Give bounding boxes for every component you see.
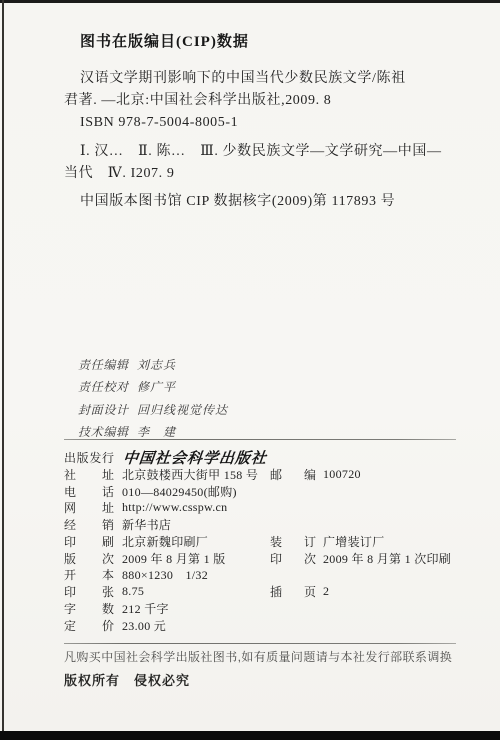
colophon-label: 网址: [64, 499, 114, 516]
colophon-row-edition: 版次 2009 年 8 月第 1 版 印次 2009 年 8 月第 1 次印刷: [64, 550, 468, 567]
colophon-label: 经销: [64, 516, 114, 533]
colophon-value: 212 千字: [122, 600, 169, 617]
staff-row: 封面设计 回归线视觉传达: [78, 398, 228, 421]
staff-name: 回归线视觉传达: [137, 401, 228, 418]
colophon-row-printer: 印刷 北京新魏印刷厂 装订 广增装订厂: [64, 533, 468, 550]
colophon-value: 23.00 元: [122, 617, 166, 634]
staff-role-label: 责任编辑: [78, 356, 128, 373]
cip-heading: 图书在版编目(CIP)数据: [80, 32, 468, 52]
colophon-row-wordcount: 字数 212 千字: [64, 600, 468, 617]
cip-title-line1: 汉语文学期刊影响下的中国当代少数民族文学/陈祖: [80, 68, 468, 90]
divider-rule-top: [64, 439, 456, 440]
colophon-label: 印张: [64, 583, 114, 600]
colophon-value: 880×1230 1/32: [122, 566, 208, 583]
scan-edge-left: [2, 0, 4, 740]
colophon-right-col: 插页 2: [270, 583, 329, 600]
cip-classification-line2: 当代 Ⅳ. I207. 9: [64, 163, 468, 185]
staff-name: 李 建: [137, 423, 176, 440]
colophon-label: 装订: [270, 533, 316, 550]
colophon-value: 8.75: [122, 584, 144, 599]
colophon-label: 定价: [64, 617, 114, 634]
notice-block: 凡购买中国社会科学出版社图书,如有质量问题请与本社发行部联系调换 版权所有 侵权…: [64, 649, 468, 690]
colophon-label: 出版发行: [64, 449, 114, 466]
colophon-row-website: 网址 http://www.csspw.cn: [64, 499, 468, 516]
staff-block: 责任编辑 刘志兵 责任校对 修广平 封面设计 回归线视觉传达 技术编辑 李 建: [78, 353, 228, 443]
colophon-row-format: 开本 880×1230 1/32: [64, 567, 468, 584]
colophon-label: 电话: [64, 483, 114, 500]
colophon-right-col: 印次 2009 年 8 月第 1 次印刷: [270, 550, 451, 567]
cip-title-line2: 君著. —北京:中国社会科学出版社,2009. 8: [64, 90, 468, 112]
colophon-label: 版次: [64, 550, 114, 567]
colophon-value: 100720: [323, 467, 361, 482]
colophon-right-col: 装订 广增装订厂: [270, 533, 385, 550]
colophon-label: 插页: [270, 583, 316, 600]
staff-name: 修广平: [137, 378, 176, 395]
colophon-value: 新华书店: [122, 516, 171, 533]
staff-name: 刘志兵: [137, 356, 176, 373]
scan-edge-bottom: [0, 731, 500, 740]
cip-record-number: 中国版本图书馆 CIP 数据核字(2009)第 117893 号: [80, 191, 468, 213]
cip-isbn: ISBN 978-7-5004-8005-1: [80, 112, 468, 134]
cip-block: 图书在版编目(CIP)数据 汉语文学期刊影响下的中国当代少数民族文学/陈祖 君著…: [64, 32, 468, 213]
colophon-block: 出版发行 中国社会科学出版社 社址 北京鼓楼西大街甲 158 号 邮编 1007…: [64, 449, 468, 634]
colophon-value: 2009 年 8 月第 1 次印刷: [323, 550, 451, 567]
staff-role-label: 责任校对: [78, 378, 128, 395]
colophon-value: 010—84029450(邮购): [122, 483, 237, 500]
colophon-row-distributor: 经销 新华书店: [64, 516, 468, 533]
colophon-right-col: 邮编 100720: [270, 466, 361, 483]
scan-edge-top: [0, 0, 500, 3]
copyright-notice: 版权所有 侵权必究: [64, 672, 468, 690]
staff-row: 责任校对 修广平: [78, 376, 228, 399]
colophon-label: 印刷: [64, 533, 114, 550]
colophon-value: 广增装订厂: [323, 533, 385, 550]
colophon-label: 社址: [64, 466, 114, 483]
book-copyright-page: 图书在版编目(CIP)数据 汉语文学期刊影响下的中国当代少数民族文学/陈祖 君著…: [0, 0, 500, 740]
staff-row: 责任编辑 刘志兵: [78, 353, 228, 376]
divider-rule-bottom: [64, 643, 456, 644]
colophon-label: 开本: [64, 566, 114, 583]
colophon-value: 北京新魏印刷厂: [122, 533, 208, 550]
colophon-value: 2: [323, 584, 329, 599]
cip-classification-line1: Ⅰ. 汉… Ⅱ. 陈… Ⅲ. 少数民族文学—文学研究—中国—: [80, 141, 468, 163]
staff-role-label: 封面设计: [78, 401, 128, 418]
website-url: http://www.csspw.cn: [122, 500, 227, 515]
quality-notice: 凡购买中国社会科学出版社图书,如有质量问题请与本社发行部联系调换: [64, 649, 468, 666]
colophon-row-price: 定价 23.00 元: [64, 617, 468, 634]
colophon-row-address: 社址 北京鼓楼西大街甲 158 号 邮编 100720: [64, 466, 468, 483]
colophon-row-publisher: 出版发行 中国社会科学出版社: [64, 449, 468, 466]
colophon-row-sheets: 印张 8.75 插页 2: [64, 583, 468, 600]
colophon-label: 字数: [64, 600, 114, 617]
colophon-label: 印次: [270, 550, 316, 567]
colophon-value: 北京鼓楼西大街甲 158 号: [122, 466, 258, 483]
colophon-label: 邮编: [270, 466, 316, 483]
colophon-row-phone: 电话 010—84029450(邮购): [64, 483, 468, 500]
colophon-value: 2009 年 8 月第 1 版: [122, 550, 226, 567]
staff-role-label: 技术编辑: [78, 423, 128, 440]
